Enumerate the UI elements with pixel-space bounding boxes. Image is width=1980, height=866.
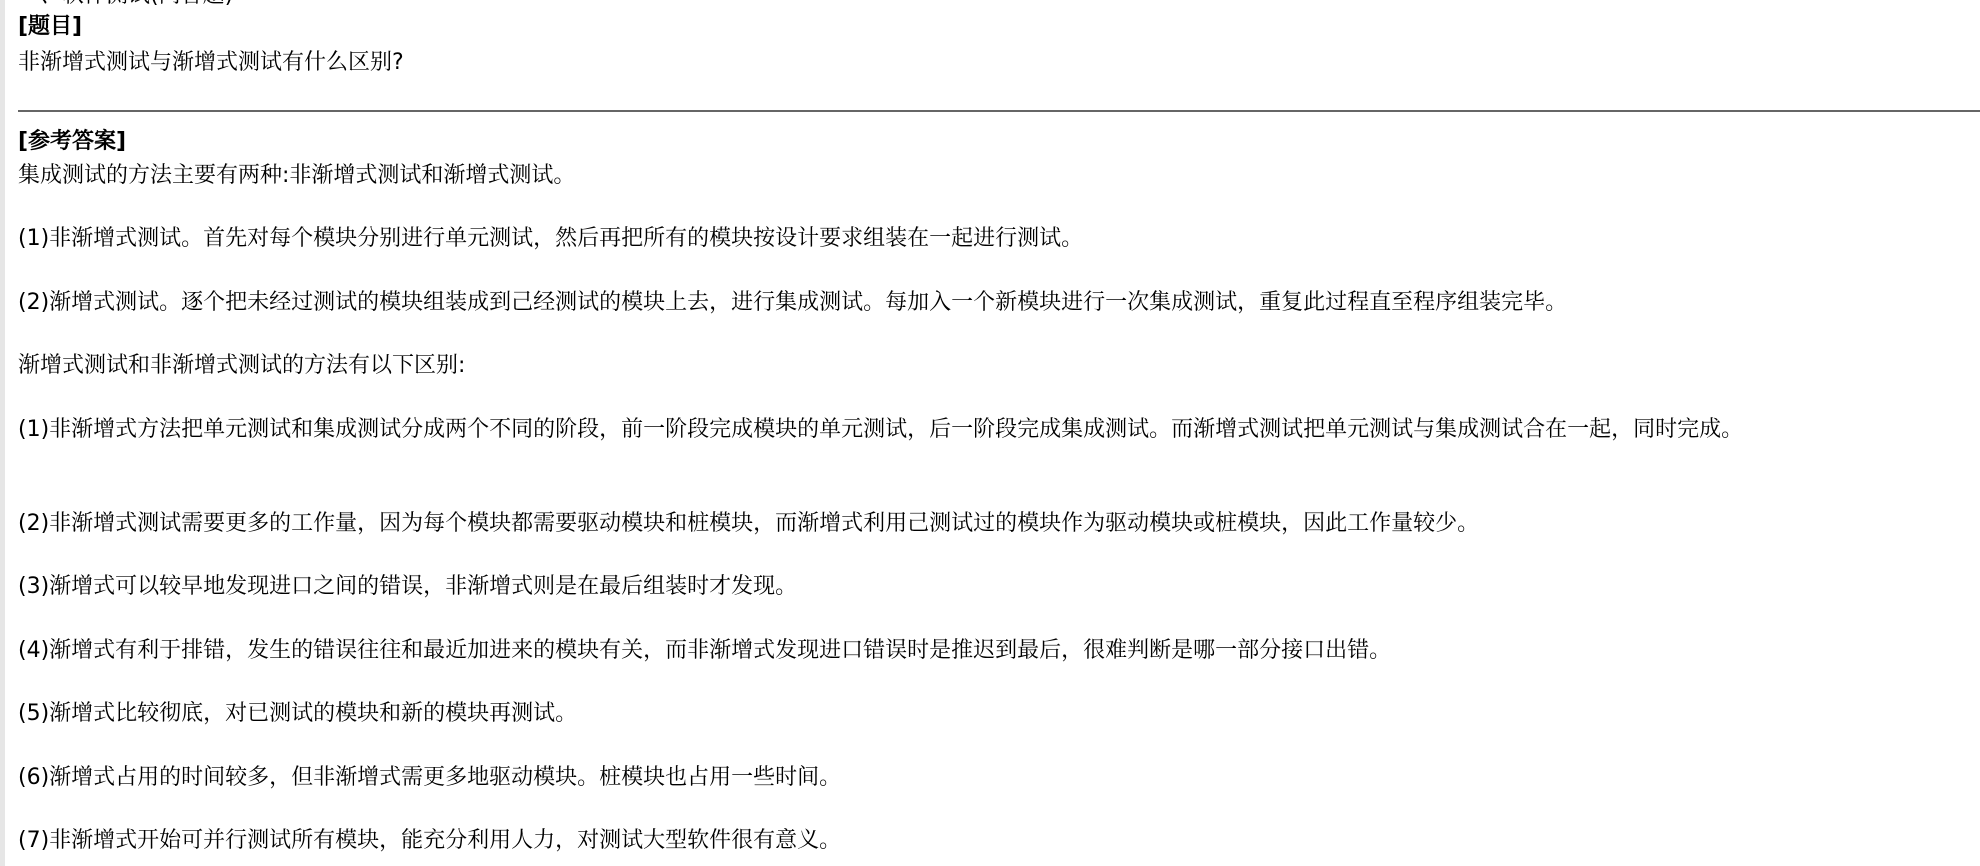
answer-paragraph: (3)渐增式可以较早地发现进口之间的错误，非渐增式则是在最后组装时才发现。 — [18, 571, 1976, 603]
answer-paragraph: (7)非渐增式开始可并行测试所有模块，能充分利用人力，对测试大型软件很有意义。 — [18, 825, 1976, 857]
answer-paragraph: (1)非渐增式方法把单元测试和集成测试分成两个不同的阶段，前一阶段完成模块的单元… — [18, 414, 1976, 446]
answer-heading: [参考答案] — [18, 126, 126, 158]
answer-paragraph: (6)渐增式占用的时间较多，但非渐增式需更多地驱动模块。桩模块也占用一些时间。 — [18, 762, 1976, 794]
answer-paragraph: 渐增式测试和非渐增式测试的方法有以下区别: — [18, 350, 1976, 382]
answer-paragraph: (1)非渐增式测试。首先对每个模块分别进行单元测试，然后再把所有的模块按设计要求… — [18, 223, 1976, 255]
question-heading: [题目] — [18, 11, 82, 43]
answer-paragraph: (5)渐增式比较彻底，对已测试的模块和新的模块再测试。 — [18, 698, 1976, 730]
left-margin-bar — [0, 0, 5, 866]
answer-paragraph: (2)非渐增式测试需要更多的工作量，因为每个模块都需要驱动模块和桩模块，而渐增式… — [18, 508, 1976, 540]
answer-paragraph: (2)渐增式测试。逐个把未经过测试的模块组装成到己经测试的模块上去，进行集成测试… — [18, 287, 1976, 319]
answer-paragraph: 集成测试的方法主要有两种:非渐增式测试和渐增式测试。 — [18, 160, 1976, 192]
divider — [18, 110, 1980, 112]
question-text: 非渐增式测试与渐增式测试有什么区别? — [18, 47, 404, 79]
answer-paragraph: (4)渐增式有利于排错，发生的错误往往和最近加进来的模块有关，而非渐增式发现进口… — [18, 635, 1976, 667]
